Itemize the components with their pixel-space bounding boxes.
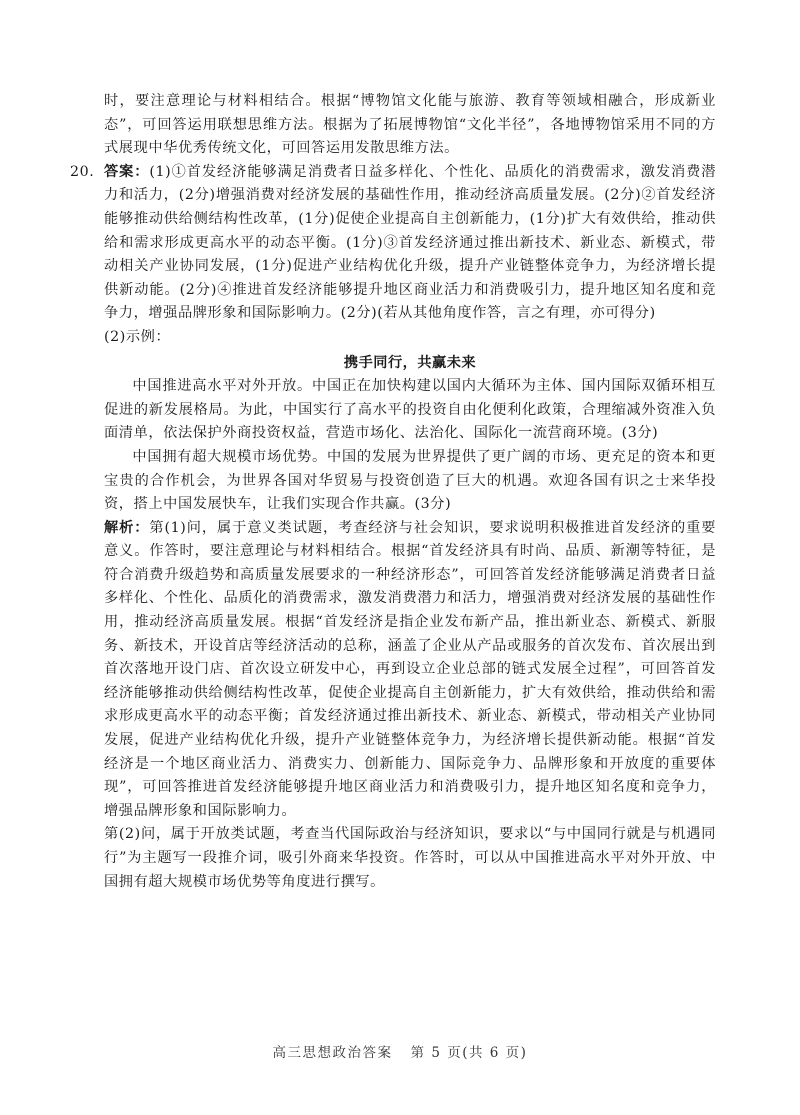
analysis-part1-text: 第(1)问，属于意义类试题，考查经济与社会知识，要求说明积极推进首发经济的重要意… [104, 520, 716, 819]
footer-subject: 高三思想政治答案 [273, 1045, 393, 1061]
analysis-part2: 第(2)问，属于开放类试题，考查当代国际政治与经济知识，要求以“与中国同行就是与… [104, 823, 716, 894]
essay-title: 携手同行，共赢未来 [104, 352, 716, 376]
part2-label: (2)示例： [104, 326, 716, 350]
document-body: 时，要注意理论与材料相结合。根据“博物馆文化能与旅游、教育等领域相融合，形成新业… [104, 90, 716, 894]
footer-page-info: 第 5 页(共 6 页) [411, 1045, 528, 1061]
question-20-answer: 答案：(1)①首发经济能够满足消费者日益多样化、个性化、品质化的消费需求，激发消… [104, 161, 716, 326]
page-footer: 高三思想政治答案第 5 页(共 6 页) [0, 1041, 800, 1061]
essay-paragraph-1: 中国推进高水平对外开放。中国正在加快构建以国内大循环为主体、国内国际双循环相互促… [104, 375, 716, 446]
answer-label: 答案： [104, 164, 149, 180]
continuation-paragraph: 时，要注意理论与材料相结合。根据“博物馆文化能与旅游、教育等领域相融合，形成新业… [104, 90, 716, 161]
analysis-part1: 解析：第(1)问，属于意义类试题，考查经济与社会知识，要求说明积极推进首发经济的… [104, 517, 716, 824]
analysis-label: 解析： [104, 520, 149, 536]
question-20: 20. 答案：(1)①首发经济能够满足消费者日益多样化、个性化、品质化的消费需求… [104, 161, 716, 326]
part1-answer-text: (1)①首发经济能够满足消费者日益多样化、个性化、品质化的消费需求，激发消费潜力… [104, 164, 716, 322]
question-number: 20. [70, 161, 94, 185]
essay-paragraph-2: 中国拥有超大规模市场优势。中国的发展为世界提供了更广阔的市场、更充足的资本和更宝… [104, 446, 716, 517]
